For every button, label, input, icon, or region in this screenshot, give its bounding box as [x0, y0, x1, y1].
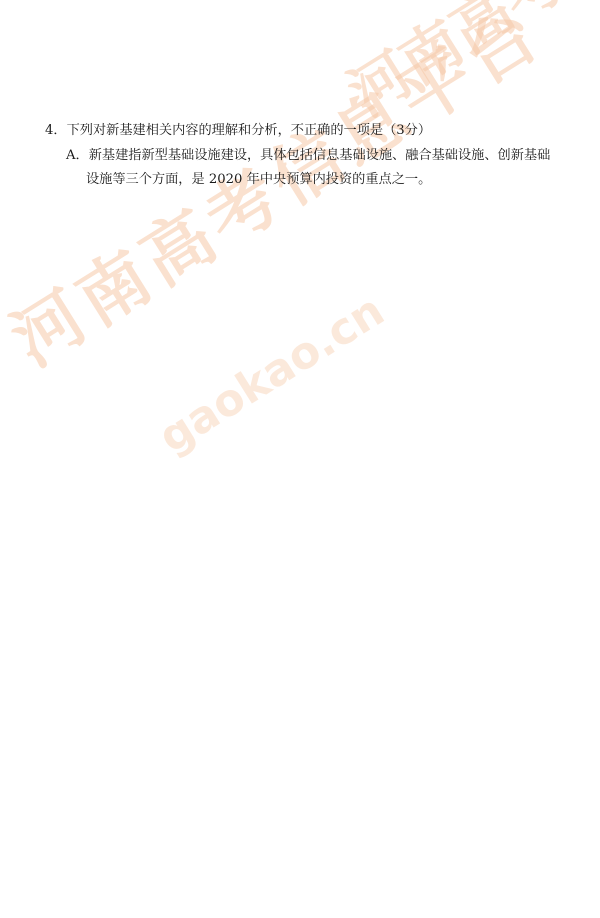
q4-a1: A．新基建指新型基础设施建设，具体包括信息基础设施、融合基础设施、创新基础 — [66, 147, 550, 165]
exam-page-complete: 河南高考信息平台 河南高考信息平台 gaokao.cn 4．下列对新基建相关内容… — [0, 0, 600, 918]
watermark-top-right-c: 河南高考信息平台 — [330, 0, 600, 133]
watermark-left-c: 河南高考信息平台 — [0, 0, 559, 386]
q4-a2: 设施等三个方面，是 2020 年中央预算内投资的重点之一。 — [86, 171, 431, 189]
q4-stem-c: 4．下列对新基建相关内容的理解和分析，不正确的一项是（3分） — [45, 122, 431, 140]
watermark-url-c: gaokao.cn — [150, 285, 393, 463]
